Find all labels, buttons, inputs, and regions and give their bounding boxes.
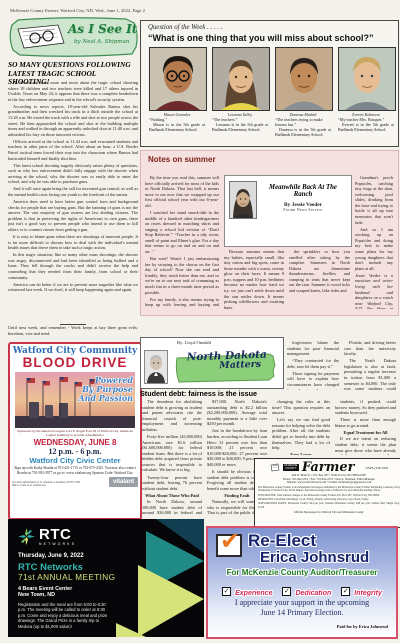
rtc-venue: 4 Bears Event Center New Town, ND: [18, 586, 72, 599]
notes-title: Notes on summer: [148, 155, 398, 164]
masthead-subscriptions: SUBSCRIPTION RATES: McKenzie County: $44…: [258, 502, 400, 509]
ndm-headline: Student debt: fairness is the issue: [140, 389, 285, 398]
trait-checkbox-icon: ✓: [341, 587, 350, 596]
masthead-postmaster: POSTMASTER: Send address changes to the …: [258, 494, 400, 497]
vitalant-logo: vitalant: [109, 477, 138, 487]
reelect-text: Re-Elect: [248, 532, 316, 549]
ndm-col-a: forgiveness blame the students for poor …: [287, 340, 339, 390]
trait-dedication: Dedication: [295, 590, 331, 597]
blood-drive-time: 12 p.m. - 6 p.m.: [12, 447, 138, 456]
rtc-brand-sub: NETWORKS: [39, 542, 76, 546]
as-i-see-it-title: As I See It: [68, 23, 137, 35]
question-text: “What is one thing that you will miss ab…: [148, 33, 398, 43]
masthead-deadlines: DEADLINES: Classified advertising: 5 p.m…: [258, 498, 400, 501]
respondent-1: Mason Gonzalez “Nothing.” Mason is in th…: [149, 47, 205, 137]
paid-for-text: Paid for by Erica Johnsrud: [208, 624, 388, 629]
blood-drive-fineprint: For more information or to schedule a do…: [12, 481, 84, 488]
blood-drive-photo: Powered By Purpose And Passion: [15, 372, 135, 428]
notes-col-1: By the time you read this, summer will h…: [145, 175, 219, 309]
respondent-4: Everett Robinson “My teacher Mrs. Bosque…: [338, 47, 394, 137]
ndm-col-b: Florida, and driving better cars than th…: [344, 340, 396, 390]
masthead-web: Website: www.watfordcitynd.com • E-Mail:…: [258, 481, 400, 485]
trait-checkbox-icon: ✓: [222, 587, 231, 596]
as-i-see-it-logo: As I See It by Neal A. Shipman: [8, 17, 138, 57]
page-header-line: McKenzie County Farmer, Watford City, ND…: [10, 8, 310, 13]
respondent-2: Leeanna Talley “The teachers.” Leeanna i…: [212, 47, 268, 137]
respondent-3-photo: [275, 47, 333, 111]
trait-experience: Experience: [235, 590, 272, 597]
rtc-body-text: Registration and the meal are from 5:00 …: [18, 602, 114, 629]
blood-drive-sponsor: Sponsored by the American Legion Carl E.…: [12, 429, 138, 438]
question-of-week-box: Question of the Week . . . . . “What is …: [140, 20, 399, 147]
candidate-name: Erica Johnsrud: [260, 550, 369, 565]
ndm-logo-text: North Dakota Matters: [175, 350, 280, 372]
blood-drive-title: BLOOD DRIVE: [12, 356, 138, 370]
as-i-see-it-closer: Until next week, and remember - Work kee…: [8, 325, 138, 336]
usps-number: USPS (336-350): [365, 466, 388, 470]
rtc-meeting-subtitle: 71st ANNUAL MEETING: [18, 574, 115, 583]
ndm-col-1: The drumbeat for abolishing student debt…: [142, 399, 202, 517]
ranch-title: Meanwhile Back At The Ranch: [259, 184, 347, 198]
blood-drive-date: WEDNESDAY, JUNE 8: [12, 438, 138, 447]
lloyd-omdahl-photo: [144, 350, 168, 384]
notes-col-4: Grandma's porch Popsicles, catching tiny…: [355, 175, 393, 309]
nd-matters-logo-box: By: Lloyd Omdahl North Dakota Matters: [140, 337, 284, 389]
rtc-meeting-title: RTC Networks: [18, 563, 83, 573]
trait-checkbox-icon: ✓: [282, 587, 291, 596]
blood-drive-signup: Sign up with Kathy Skarda at 701-421-171…: [12, 466, 138, 475]
blood-drive-venue: Watford City Civic Center: [12, 456, 138, 465]
ndm-col-4: students, if pushed, could borrow money.…: [335, 399, 396, 455]
rtc-chevron-graphic: [116, 519, 204, 637]
as-i-see-it-byline: by Neal A. Shipman: [74, 39, 129, 45]
respondent-4-photo: [338, 47, 396, 111]
support-text: I appreciate your support in the upcomin…: [208, 598, 396, 618]
blood-drive-photo-overlay: Powered By Purpose And Passion: [78, 376, 133, 404]
rtc-brand-text: RTC: [39, 527, 76, 542]
notes-col-2: Because summer means that my babies, esp…: [224, 249, 284, 309]
erica-johnsrud-ad: ✔ Re-Elect Erica Johnsrud For McKenzie C…: [206, 526, 398, 639]
ranch-column-box: Meanwhile Back At The Ranch By Jessie Ve…: [224, 175, 352, 247]
ndm-byline: By: Lloyd Omdahl: [177, 340, 283, 345]
respondent-2-photo: [212, 47, 270, 111]
big-checkbox-icon: ✔: [216, 534, 242, 557]
jessie-veeder-photo: [229, 181, 257, 219]
trait-integrity: Integrity: [354, 590, 382, 597]
newspaper-page: McKenzie County Farmer, Watford City, ND…: [0, 0, 400, 643]
mini-newspaper-icon: [270, 463, 280, 472]
notes-col-3: the sprinklers or how you smelled after …: [289, 249, 350, 309]
as-i-see-it-body: As Americans learn more and more about t…: [8, 80, 138, 332]
rtc-networks-ad: RTC NETWORKS Thursday, June 9, 2022 RTC …: [8, 519, 204, 637]
office-text: For McKenzie County Auditor/Treasurer: [208, 568, 396, 577]
veeder-bio: Jessie Veeder is a musician and writer l…: [355, 273, 393, 309]
rtc-logo: RTC NETWORKS: [18, 527, 76, 546]
masthead-official: Official Newspaper for Watford City and …: [258, 510, 400, 514]
respondent-1-photo: [149, 47, 207, 111]
question-kicker: Question of the Week . . . . .: [148, 24, 398, 31]
respondent-3: Danessa Madrid “The teachers trying to m…: [275, 47, 331, 137]
ndm-col-3: changing the rules at this time? This qu…: [272, 399, 330, 455]
rtc-date: Thursday, June 9, 2022: [18, 553, 84, 559]
blood-drive-ad: Watford City Community BLOOD DRIVE: [8, 342, 142, 520]
rtc-star-icon: [18, 528, 35, 545]
farmer-masthead: McKENZIE COUNTY Farmer USPS (336-350) 40…: [254, 458, 400, 528]
ranch-service: Forum News Service: [259, 208, 347, 212]
masthead-publisher-note: The McKenzie County Farmer is an indepen…: [258, 486, 400, 493]
mckenzie-county-badge: McKENZIE COUNTY: [283, 464, 299, 472]
